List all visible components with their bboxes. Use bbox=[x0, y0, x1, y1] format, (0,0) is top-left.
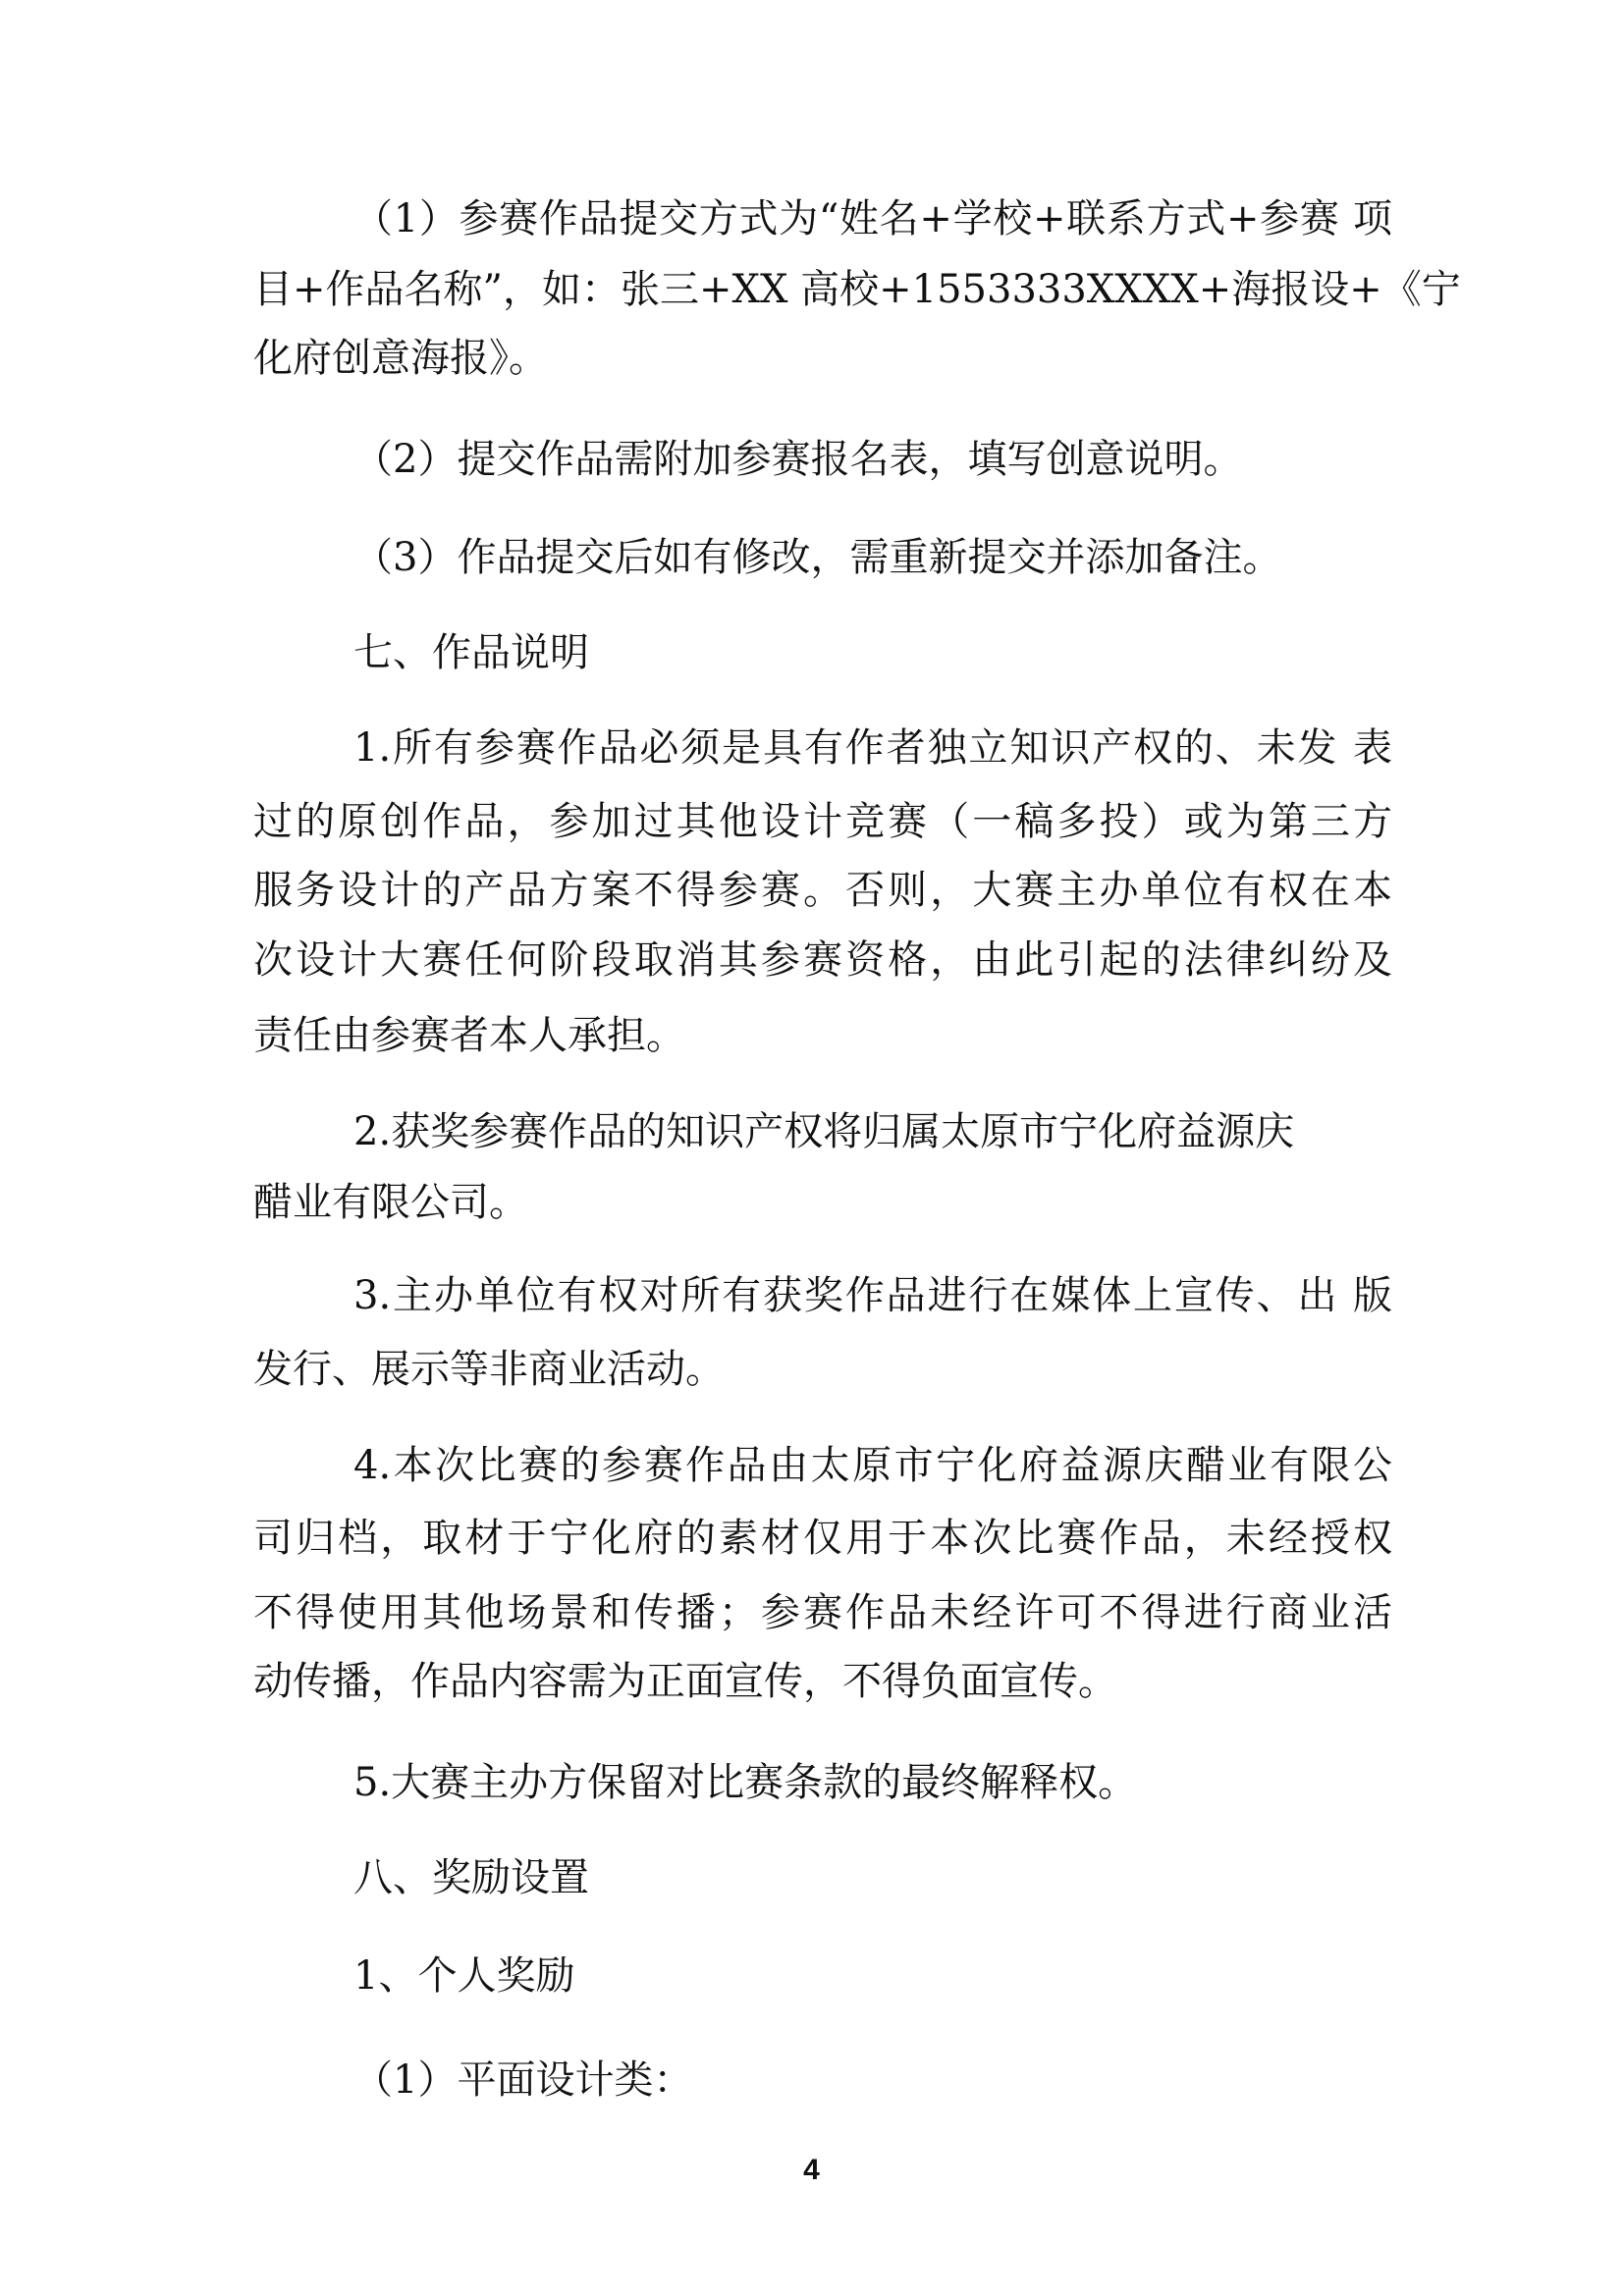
text-line: （2）提交作品需附加参赛报名表，填写创意说明。 bbox=[353, 430, 1392, 489]
document-page: （1）参赛作品提交方式为“姓名+学校+联系方式+参赛 项目+作品名称”，如：张三… bbox=[0, 0, 1623, 2296]
text-line: 过的原创作品，参加过其他设计竞赛（一稿多投）或为第三方 bbox=[253, 792, 1392, 851]
text-line: 1、个人奖励 bbox=[353, 1947, 1392, 2005]
text-line: 动传播，作品内容需为正面宣传，不得负面宣传。 bbox=[253, 1652, 1392, 1711]
text-line: （1）参赛作品提交方式为“姓名+学校+联系方式+参赛 项 bbox=[353, 189, 1392, 248]
text-line: 次设计大赛任何阶段取消其参赛资格，由此引起的法律纠纷及 bbox=[253, 931, 1392, 989]
text-line: 司归档，取材于宁化府的素材仅用于本次比赛作品，未经授权 bbox=[253, 1509, 1392, 1568]
text-line: 八、奖励设置 bbox=[353, 1848, 1392, 1907]
text-line: 责任由参赛者本人承担。 bbox=[253, 1006, 1392, 1065]
text-line: 服务设计的产品方案不得参赛。否则，大赛主办单位有权在本 bbox=[253, 861, 1392, 920]
text-line: 不得使用其他场景和传播；参赛作品未经许可不得进行商业活 bbox=[253, 1583, 1392, 1642]
text-line: 醋业有限公司。 bbox=[253, 1173, 1392, 1232]
text-line: 4.本次比赛的参赛作品由太原市宁化府益源庆醋业有限公 bbox=[353, 1436, 1392, 1495]
text-line: 5.大赛主办方保留对比赛条款的最终解释权。 bbox=[353, 1753, 1392, 1812]
text-line: 3.主办单位有权对所有获奖作品进行在媒体上宣传、出 版 bbox=[353, 1266, 1392, 1325]
text-line: 2.获奖参赛作品的知识产权将归属太原市宁化府益源庆 bbox=[353, 1102, 1392, 1161]
text-line: 目+作品名称”，如：张三+XX 高校+1553333XXXX+海报设+《宁 bbox=[253, 260, 1392, 319]
text-line: 发行、展示等非商业活动。 bbox=[253, 1340, 1392, 1399]
text-line: 化府创意海报》。 bbox=[253, 329, 1392, 388]
text-line: （3）作品提交后如有修改，需重新提交并添加备注。 bbox=[353, 528, 1392, 587]
text-line: 1.所有参赛作品必须是具有作者独立知识产权的、未发 表 bbox=[353, 719, 1392, 777]
page-number: 4 bbox=[0, 2154, 1623, 2187]
text-line: 七、作品说明 bbox=[353, 623, 1392, 682]
text-line: （1）平面设计类： bbox=[353, 2051, 1392, 2109]
